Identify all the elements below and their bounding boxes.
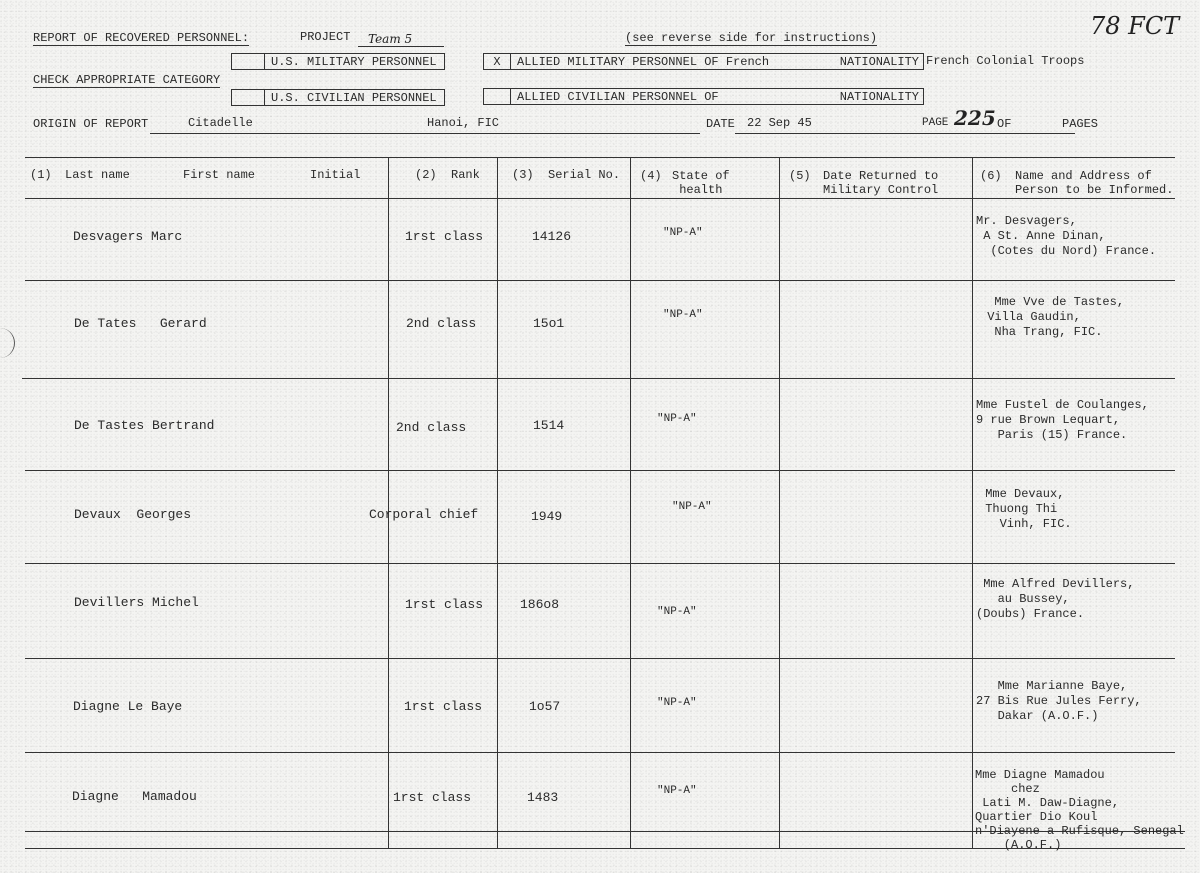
form-title: REPORT OF RECOVERED PERSONNEL: — [33, 31, 249, 46]
nationality-value: French Colonial Troops — [926, 54, 1084, 68]
cell-health: "NP-A" — [663, 307, 703, 323]
nationality-label: NATIONALITY — [840, 90, 919, 104]
cell-health: "NP-A" — [657, 604, 697, 620]
category-us-military[interactable]: U.S. MILITARY PERSONNEL — [231, 53, 445, 70]
category-checkbox[interactable] — [232, 90, 265, 105]
cell-name: Devaux Georges — [74, 507, 191, 523]
cell-notify-address: Mme Alfred Devillers, au Bussey, (Doubs)… — [976, 577, 1134, 622]
header-col6-number: (6) — [980, 169, 1002, 183]
category-checkbox[interactable] — [484, 89, 511, 104]
cell-name: Devillers Michel — [74, 595, 199, 611]
cell-name: De Tastes Bertrand — [74, 418, 214, 434]
cell-serial: 186o8 — [520, 597, 559, 613]
cell-rank: 1rst class — [393, 790, 471, 806]
cell-notify-address: Mme Fustel de Coulanges, 9 rue Brown Leq… — [976, 398, 1149, 443]
category-label: ALLIED CIVILIAN PERSONNEL OF — [517, 90, 719, 104]
origin-location: Hanoi, FIC — [427, 116, 499, 130]
cell-name: Diagne Le Baye — [73, 699, 182, 715]
nationality-label: NATIONALITY — [840, 55, 919, 69]
cell-notify-address: Mme Marianne Baye, 27 Bis Rue Jules Ferr… — [976, 679, 1142, 724]
handwritten-annotation: 78 FCT — [1090, 12, 1179, 40]
cell-rank: Corporal chief — [369, 507, 478, 523]
origin-label: ORIGIN OF REPORT — [33, 117, 148, 131]
cell-health: "NP-A" — [657, 695, 697, 711]
cell-serial: 14126 — [532, 229, 571, 245]
header-col5-number: (5) — [789, 169, 811, 183]
cell-name: De Tates Gerard — [74, 316, 207, 332]
header-date-returned: Date Returned to Military Control — [823, 169, 938, 197]
cell-rank: 2nd class — [406, 316, 476, 332]
category-allied-military[interactable]: X ALLIED MILITARY PERSONNEL OF FrenchNAT… — [483, 53, 924, 70]
cell-health: "NP-A" — [657, 783, 697, 799]
cell-health: "NP-A" — [663, 225, 703, 241]
cell-notify-address: Mme Devaux, Thuong Thi Vinh, FIC. — [978, 487, 1072, 532]
header-last-name: Last name — [65, 168, 130, 182]
cell-serial: 1514 — [533, 418, 564, 434]
page-underline — [915, 133, 1075, 134]
project-label: PROJECT — [300, 30, 350, 44]
pages-label: PAGES — [1062, 117, 1098, 131]
category-us-civilian[interactable]: U.S. CIVILIAN PERSONNEL — [231, 89, 445, 106]
page-value: 225 — [954, 106, 996, 130]
cell-serial: 1483 — [527, 790, 558, 806]
page-label: PAGE — [922, 117, 948, 129]
binder-hole-mark — [0, 328, 15, 358]
cell-rank: 2nd class — [396, 420, 466, 436]
cell-rank: 1rst class — [405, 597, 483, 613]
cell-rank: 1rst class — [404, 699, 482, 715]
category-label: U.S. CIVILIAN PERSONNEL — [271, 91, 437, 105]
cell-name: Desvagers Marc — [73, 229, 182, 245]
header-serial: (3) Serial No. — [512, 168, 620, 182]
origin-underline — [150, 133, 700, 134]
category-label: U.S. MILITARY PERSONNEL — [271, 55, 437, 69]
project-value: Team 5 — [358, 32, 444, 47]
cell-serial: 15o1 — [533, 316, 564, 332]
header-initial: Initial — [310, 168, 360, 182]
date-value: 22 Sep 45 — [747, 116, 812, 130]
category-allied-civilian[interactable]: ALLIED CIVILIAN PERSONNEL OFNATIONALITY — [483, 88, 924, 105]
of-label: OF — [997, 117, 1011, 131]
cell-notify-address: Mme Vve de Tastes, Villa Gaudin, Nha Tra… — [980, 295, 1124, 340]
cell-notify-address: Mr. Desvagers, A St. Anne Dinan, (Cotes … — [976, 214, 1156, 259]
cell-notify-address: Mme Diagne Mamadou chez Lati M. Daw-Diag… — [975, 768, 1184, 852]
category-label: ALLIED MILITARY PERSONNEL OF French — [517, 55, 769, 69]
header-first-name: First name — [183, 168, 255, 182]
header-state-of-health: State of health — [672, 169, 730, 197]
header-col4-number: (4) — [640, 169, 662, 183]
cell-name: Diagne Mamadou — [72, 789, 197, 805]
cell-serial: 1949 — [531, 509, 562, 525]
cell-serial: 1o57 — [529, 699, 560, 715]
header-rank: (2) Rank — [415, 168, 480, 182]
cell-health: "NP-A" — [672, 499, 712, 515]
category-checkbox[interactable]: X — [484, 54, 511, 69]
origin-value: Citadelle — [188, 116, 253, 130]
header-col1-number: (1) — [30, 168, 52, 182]
check-category-label: CHECK APPROPRIATE CATEGORY — [33, 73, 220, 88]
header-person-to-inform: Name and Address of Person to be Informe… — [1015, 169, 1173, 197]
category-checkbox[interactable] — [232, 54, 265, 69]
instructions-note: (see reverse side for instructions) — [625, 31, 877, 46]
date-label: DATE — [706, 117, 735, 131]
date-underline — [735, 133, 920, 134]
cell-health: "NP-A" — [657, 411, 697, 427]
cell-rank: 1rst class — [405, 229, 483, 245]
